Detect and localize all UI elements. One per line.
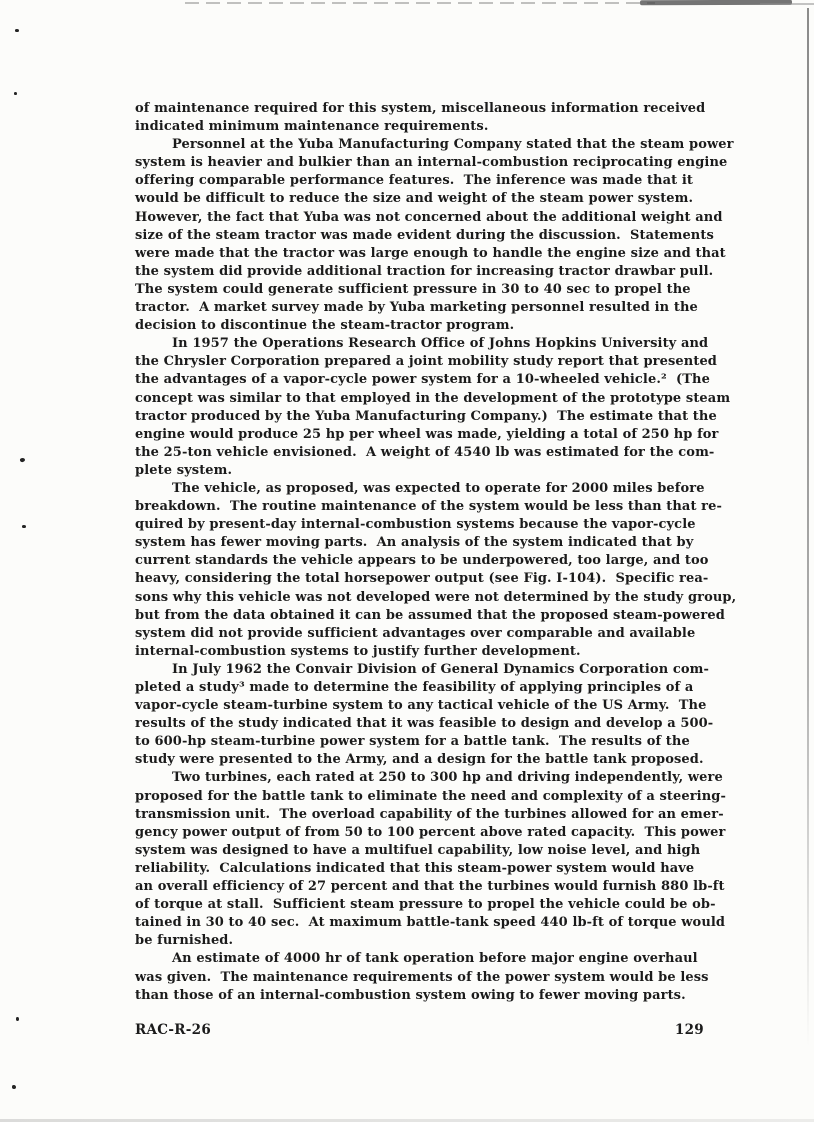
text-line: internal-combustion systems to justify f… (135, 643, 713, 661)
text-line: of maintenance required for this system,… (135, 100, 713, 118)
scan-artifact-margin-dot (15, 29, 19, 32)
text-line: current standards the vehicle appears to… (135, 552, 713, 570)
text-line: be furnished. (135, 932, 713, 950)
footer-report-number: RAC-R-26 (135, 1022, 211, 1038)
paragraph: of maintenance required for this system,… (135, 100, 713, 136)
paragraph: Personnel at the Yuba Manufacturing Comp… (135, 136, 713, 335)
text-line: proposed for the battle tank to eliminat… (135, 788, 713, 806)
text-line: heavy, considering the total horsepower … (135, 570, 713, 588)
text-line: Two turbines, each rated at 250 to 300 h… (135, 769, 713, 787)
text-line: In 1957 the Operations Research Office o… (135, 335, 713, 353)
paragraph: In 1957 the Operations Research Office o… (135, 335, 713, 480)
text-line: tractor. A market survey made by Yuba ma… (135, 299, 713, 317)
scan-artifact-top-edge-dark (640, 0, 792, 5)
text-line: were made that the tractor was large eno… (135, 245, 713, 263)
text-line: indicated minimum maintenance requiremen… (135, 118, 713, 136)
scan-artifact-margin-dot (22, 525, 26, 528)
text-line: sons why this vehicle was not developed … (135, 589, 713, 607)
text-line: gency power output of from 50 to 100 per… (135, 824, 713, 842)
text-line: breakdown. The routine maintenance of th… (135, 498, 713, 516)
text-line: offering comparable performance features… (135, 172, 713, 190)
text-line: tractor produced by the Yuba Manufacturi… (135, 408, 713, 426)
text-line: reliability. Calculations indicated that… (135, 860, 713, 878)
footer-page-number: 129 (675, 1022, 704, 1038)
text-line: results of the study indicated that it w… (135, 715, 713, 733)
text-line: the Chrysler Corporation prepared a join… (135, 353, 713, 371)
text-line: tained in 30 to 40 sec. At maximum battl… (135, 914, 713, 932)
page-footer: RAC-R-26 129 (135, 1022, 704, 1038)
text-line: pleted a study³ made to determine the fe… (135, 679, 713, 697)
paragraph: The vehicle, as proposed, was expected t… (135, 480, 713, 661)
text-line: system is heavier and bulkier than an in… (135, 154, 713, 172)
scan-artifact-right-edge-line (807, 8, 809, 1048)
text-line: transmission unit. The overload capabili… (135, 806, 713, 824)
text-line: Personnel at the Yuba Manufacturing Comp… (135, 136, 713, 154)
scan-artifact-top-edge-fade (760, 3, 814, 5)
text-line: The system could generate sufficient pre… (135, 281, 713, 299)
paragraph: An estimate of 4000 hr of tank operation… (135, 950, 713, 1004)
text-line: quired by present-day internal-combustio… (135, 516, 713, 534)
paragraph: In July 1962 the Convair Division of Gen… (135, 661, 713, 770)
text-line: would be difficult to reduce the size an… (135, 190, 713, 208)
paragraph: Two turbines, each rated at 250 to 300 h… (135, 769, 713, 950)
text-line: of torque at stall. Sufficient steam pre… (135, 896, 713, 914)
text-line: than those of an internal-combustion sys… (135, 987, 713, 1005)
scan-artifact-margin-dot (20, 457, 26, 462)
scan-artifact-top-edge-dashed (185, 2, 655, 4)
text-line: However, the fact that Yuba was not conc… (135, 209, 713, 227)
text-line: was given. The maintenance requirements … (135, 969, 713, 987)
text-line: the 25-ton vehicle envisioned. A weight … (135, 444, 713, 462)
text-line: the advantages of a vapor-cycle power sy… (135, 371, 713, 389)
text-line: decision to discontinue the steam-tracto… (135, 317, 713, 335)
text-line: plete system. (135, 462, 713, 480)
text-line: vapor-cycle steam-turbine system to any … (135, 697, 713, 715)
text-line: but from the data obtained it can be ass… (135, 607, 713, 625)
document-body: of maintenance required for this system,… (135, 100, 713, 1005)
text-line: size of the steam tractor was made evide… (135, 227, 713, 245)
text-line: In July 1962 the Convair Division of Gen… (135, 661, 713, 679)
text-line: the system did provide additional tracti… (135, 263, 713, 281)
scan-artifact-margin-dot (14, 92, 17, 95)
text-line: to 600-hp steam-turbine power system for… (135, 733, 713, 751)
document-page: of maintenance required for this system,… (0, 0, 814, 1122)
text-line: concept was similar to that employed in … (135, 390, 713, 408)
text-line: study were presented to the Army, and a … (135, 751, 713, 769)
text-line: an overall efficiency of 27 percent and … (135, 878, 713, 896)
text-line: system has fewer moving parts. An analys… (135, 534, 713, 552)
text-line: The vehicle, as proposed, was expected t… (135, 480, 713, 498)
scan-artifact-margin-dot (16, 1017, 19, 1021)
text-line: system did not provide sufficient advant… (135, 625, 713, 643)
scan-artifact-margin-dot (12, 1085, 16, 1089)
text-line: system was designed to have a multifuel … (135, 842, 713, 860)
text-line: An estimate of 4000 hr of tank operation… (135, 950, 713, 968)
text-line: engine would produce 25 hp per wheel was… (135, 426, 713, 444)
